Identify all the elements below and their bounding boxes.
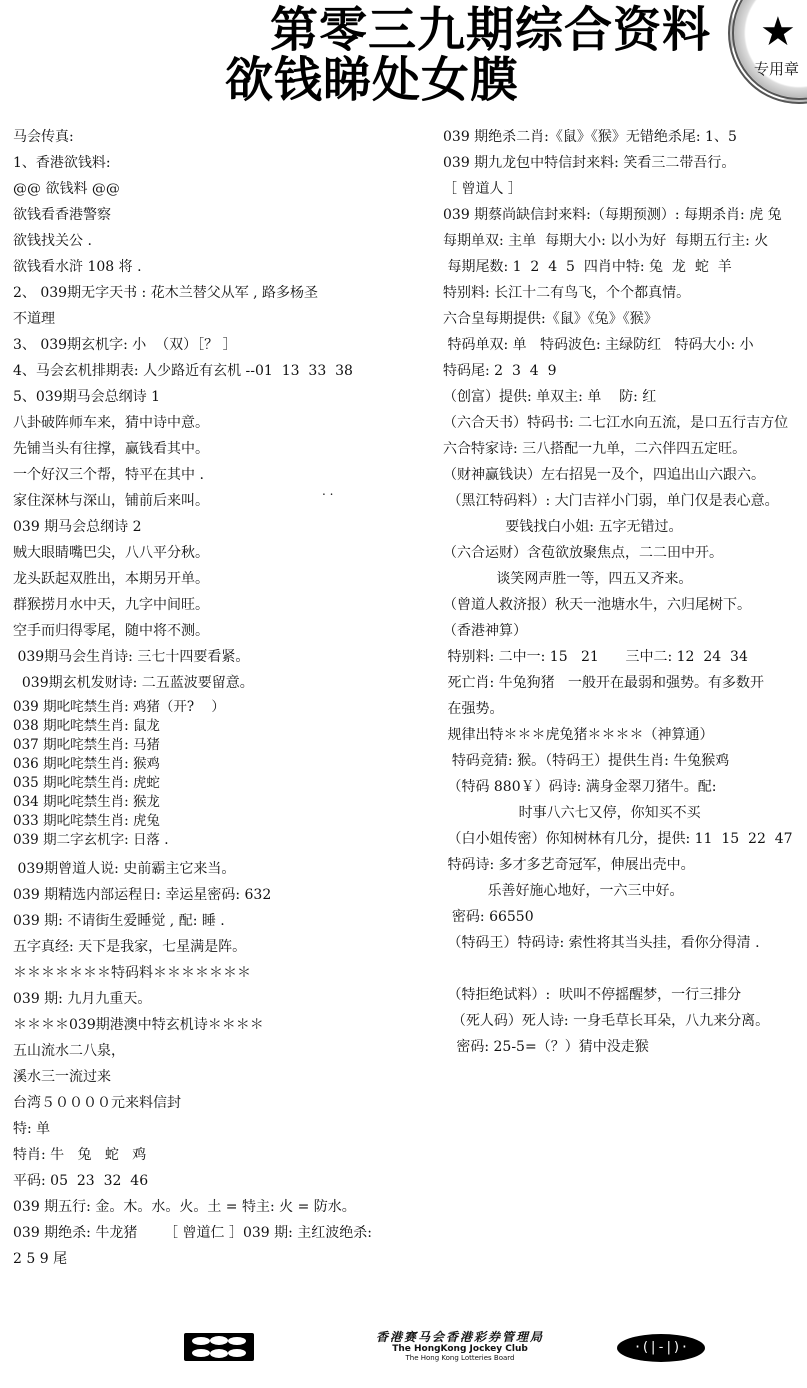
table-row: 035 期叱咤禁生肖: 虎蛇 (13, 774, 423, 793)
text-line: 特码尾: 2 3 4 9 (443, 358, 807, 384)
table-row: 039 期二字玄机字: 日落 . (13, 831, 423, 850)
text-line: 不道理 (13, 306, 423, 332)
footer: 香港赛马会香港彩券管理局 The HongKong Jockey Club Th… (0, 1330, 807, 1370)
page-title-line2: 欲钱睇处女膜 (225, 52, 519, 108)
poem-line: 一个好汉三个帮，特平在其中 . (13, 462, 423, 488)
text-line: 特别料: 长江十二有鸟飞，个个都真情。 (443, 280, 807, 306)
text-line: 2、 039期无字天书 : 花木兰替父从军 , 路多杨圣 (13, 280, 423, 306)
text-line: 3、 039期玄机字: 小 （双）［？ ］ (13, 332, 423, 358)
row-value: 虎兔 (133, 813, 160, 829)
issue-number: 038 (13, 718, 39, 734)
table-row: 034 期叱咤禁生肖: 猴龙 (13, 793, 423, 812)
text-line: 特别料: 二中一: 15 21 三中二: 12 24 34 (443, 644, 807, 670)
text-line: 乐善好施心地好，一六三中好。 (443, 878, 807, 904)
text-line: 密码: 66550 (443, 904, 807, 930)
row-value: 马猪 (133, 737, 160, 753)
row-value: 猴龙 (133, 794, 160, 810)
right-column: 039 期绝杀二肖:《鼠》《猴》无错绝杀尾: 1、5 039 期九龙包中特信封来… (443, 124, 807, 1060)
row-label: 期叱咤禁生肖: (43, 699, 129, 715)
org-name-en: The HongKong Jockey Club (330, 1344, 590, 1354)
row-label: 期叱咤禁生肖: (43, 737, 129, 753)
text-line: （特码 880￥）码诗: 满身金翠刀猪牛。配: (443, 774, 807, 800)
text-line: 特码诗: 多才多艺奇冠军，伸展出壳中。 (443, 852, 807, 878)
poem-line: 群猴捞月水中天，九字中间旺。 (13, 592, 423, 618)
issue-number: 039 (13, 699, 39, 715)
text-line: 4、马会玄机排期表: 人少路近有玄机 --01 13 33 38 (13, 358, 423, 384)
text-line: （六合天书）特码书: 二七江水向五流，是口五行吉方位 (443, 410, 807, 436)
table-row: 033 期叱咤禁生肖: 虎兔 (13, 812, 423, 831)
row-label: 期叱咤禁生肖: (43, 718, 129, 734)
text-line: （特拒绝试料）: 吠叫不停摇醒梦，一行三排分 (443, 982, 807, 1008)
text-line: 规律出特＊＊＊虎兔猪＊＊＊＊（神算通） (443, 722, 807, 748)
poem-line: 先铺当头有往撑，赢钱看其中。 (13, 436, 423, 462)
text-line: （六合运财）含苞欲放聚焦点，二二田中开。 (443, 540, 807, 566)
table-row: 039 期叱咤禁生肖: 鸡猪（开? ） (13, 698, 423, 717)
row-value: 鸡猪（开? ） (133, 699, 225, 715)
text-line: ［ 曾道人 ］ (443, 176, 807, 202)
text-line: 2 5 9 尾 (13, 1246, 423, 1272)
poem-line: 龙头跃起双胜出，本期另开单。 (13, 566, 423, 592)
page-title-line1: 第零三九期综合资料 (270, 2, 711, 58)
issue-number: 036 (13, 756, 39, 772)
text-line: 要钱找白小姐: 五字无错过。 (443, 514, 807, 540)
text-line: （黑江特码料）: 大门吉祥小门弱，单门仅是表心意。 (443, 488, 807, 514)
text-line: 039期玄机发财诗: 二五蓝波要留意。 (13, 670, 423, 696)
poem-line: 五山流水二八泉， (13, 1038, 423, 1064)
text-line: 特码单双: 单 特码波色: 主绿防红 特码大小: 小 (443, 332, 807, 358)
seal-text: 专用章 (754, 58, 799, 79)
section-banner: ＊＊＊＊039期港澳中特玄机诗＊＊＊＊ (13, 1012, 423, 1038)
text-line: 谈笑网声胜一等，四五又齐来。 (443, 566, 807, 592)
text-line: 每期尾数: 1 2 4 5 四肖中特: 兔 龙 蛇 羊 (443, 254, 807, 280)
text-line: （特码王）特码诗: 索性将其当头挂，看你分得清 . (443, 930, 807, 956)
text-line: 台湾５００００元来料信封 (13, 1090, 423, 1116)
text-line: 039 期绝杀二肖:《鼠》《猴》无错绝杀尾: 1、5 (443, 124, 807, 150)
issue-number: 037 (13, 737, 39, 753)
left-column: 马会传真: 1、香港欲钱料: @@ 欲钱料 @@ 欲钱看香港警察 欲钱找关公 .… (13, 124, 423, 1272)
issue-number: 035 (13, 775, 39, 791)
text-line: （财神赢钱诀）左右招晃一及个，四追出山六跟六。 (443, 462, 807, 488)
text-line: 039 期蔡尚缺信封来料:（每期预测）: 每期杀肖: 虎 兔 (443, 202, 807, 228)
text-line: 039 期: 九月九重天。 (13, 986, 423, 1012)
text-line: 特肖: 牛 兔 蛇 鸡 (13, 1142, 423, 1168)
org-name-en2: The Hong Kong Lotteries Board (330, 1354, 590, 1363)
text-line: 5、039期马会总纲诗 1 (13, 384, 423, 410)
text-line: 死亡肖: 牛兔狗猪 一般开在最弱和强势。有多数开 (443, 670, 807, 696)
issue-number: 033 (13, 813, 39, 829)
poem-line: 家住深林与深山，铺前后来叫。 (13, 488, 423, 514)
text-line: 六合皇每期提供:《鼠》《兔》《猴》 (443, 306, 807, 332)
text-line: 平码: 05 23 32 46 (13, 1168, 423, 1194)
table-row: 036 期叱咤禁生肖: 猴鸡 (13, 755, 423, 774)
text-line: 五字真经: 天下是我家，七星满是阵。 (13, 934, 423, 960)
issue-number: 034 (13, 794, 39, 810)
blank-line (443, 956, 807, 982)
lotteries-board-logo-icon: ·(|-|)· (617, 1334, 705, 1362)
text-line: （曾道人救济报）秋天一池塘水牛，六归尾树下。 (443, 592, 807, 618)
text-line: （白小姐传密）你知树林有几分，提供: 11 15 22 47 (443, 826, 807, 852)
text-line: 039 期绝杀: 牛龙猪 ［ 曾道仁 ］039 期: 主红波绝杀: (13, 1220, 423, 1246)
text-line: 欲钱看水浒 108 将 . (13, 254, 423, 280)
text-line: 039 期五行: 金。木。水。火。土 = 特主: 火 = 防水。 (13, 1194, 423, 1220)
text-line: 039期曾道人说: 史前霸主它来当。 (13, 856, 423, 882)
text-line: 六合特家诗: 三八搭配一九单，二六伴四五定旺。 (443, 436, 807, 462)
text-line: （创富）提供: 单双主: 单 防: 红 (443, 384, 807, 410)
text-line: 039 期九龙包中特信封来料: 笑看三二带吾行。 (443, 150, 807, 176)
row-label: 期二字玄机字: (43, 832, 129, 848)
text-line: 039 期精选内部运程日: 幸运星密码: 632 (13, 882, 423, 908)
poem-line: 贼大眼睛嘴巴尖，八八平分秋。 (13, 540, 423, 566)
table-row: 037 期叱咤禁生肖: 马猪 (13, 736, 423, 755)
text-line: （死人码）死人诗: 一身毛草长耳朵，八九来分离。 (443, 1008, 807, 1034)
row-label: 期叱咤禁生肖: (43, 775, 129, 791)
text-line: 欲钱找关公 . (13, 228, 423, 254)
row-label: 期叱咤禁生肖: (43, 813, 129, 829)
text-line: 马会传真: (13, 124, 423, 150)
text-line: 每期单双: 主单 每期大小: 以小为好 每期五行主: 火 (443, 228, 807, 254)
row-value: 猴鸡 (133, 756, 160, 772)
row-value: 虎蛇 (133, 775, 160, 791)
text-line: （香港神算） (443, 618, 807, 644)
text-line: 密码: 25-5=（？）猜中没走猴 (443, 1034, 807, 1060)
text-line: 在强势。 (443, 696, 807, 722)
star-icon: ★ (760, 12, 796, 52)
row-label: 期叱咤禁生肖: (43, 794, 129, 810)
text-line: 039期马会生肖诗: 三七十四要看紧。 (13, 644, 423, 670)
row-value: 鼠龙 (133, 718, 160, 734)
jockey-club-logo-icon (184, 1333, 254, 1361)
poem-line: 空手而归得零尾，随中将不测。 (13, 618, 423, 644)
poem-line: 溪水三一流过来 (13, 1064, 423, 1090)
text-line: 特码竞猜: 猴。（特码王）提供生肖: 牛兔猴鸡 (443, 748, 807, 774)
forbidden-zodiac-table: 039 期叱咤禁生肖: 鸡猪（开? ） 038 期叱咤禁生肖: 鼠龙 037 期… (13, 696, 423, 856)
poem-line: 八卦破阵师车来，猜中诗中意。 (13, 410, 423, 436)
text-line: 特: 单 (13, 1116, 423, 1142)
text-line: 039 期马会总纲诗 2 (13, 514, 423, 540)
section-banner: ＊＊＊＊＊＊＊特码料＊＊＊＊＊＊＊ (13, 960, 423, 986)
official-seal: ★ 专用章 (728, 0, 807, 104)
org-name-block: 香港赛马会香港彩券管理局 The HongKong Jockey Club Th… (330, 1330, 590, 1363)
table-row: 038 期叱咤禁生肖: 鼠龙 (13, 717, 423, 736)
text-line: @@ 欲钱料 @@ (13, 176, 423, 202)
text-line: 1、香港欲钱料: (13, 150, 423, 176)
org-name-cn: 香港赛马会香港彩券管理局 (330, 1330, 590, 1344)
text-line: 039 期: 不请街生爱睡觉 , 配: 睡 . (13, 908, 423, 934)
row-label: 期叱咤禁生肖: (43, 756, 129, 772)
text-line: 时事八六七又停，你知买不买 (443, 800, 807, 826)
text-line: 欲钱看香港警察 (13, 202, 423, 228)
issue-number: 039 (13, 832, 39, 848)
row-value: 日落 . (133, 832, 169, 848)
